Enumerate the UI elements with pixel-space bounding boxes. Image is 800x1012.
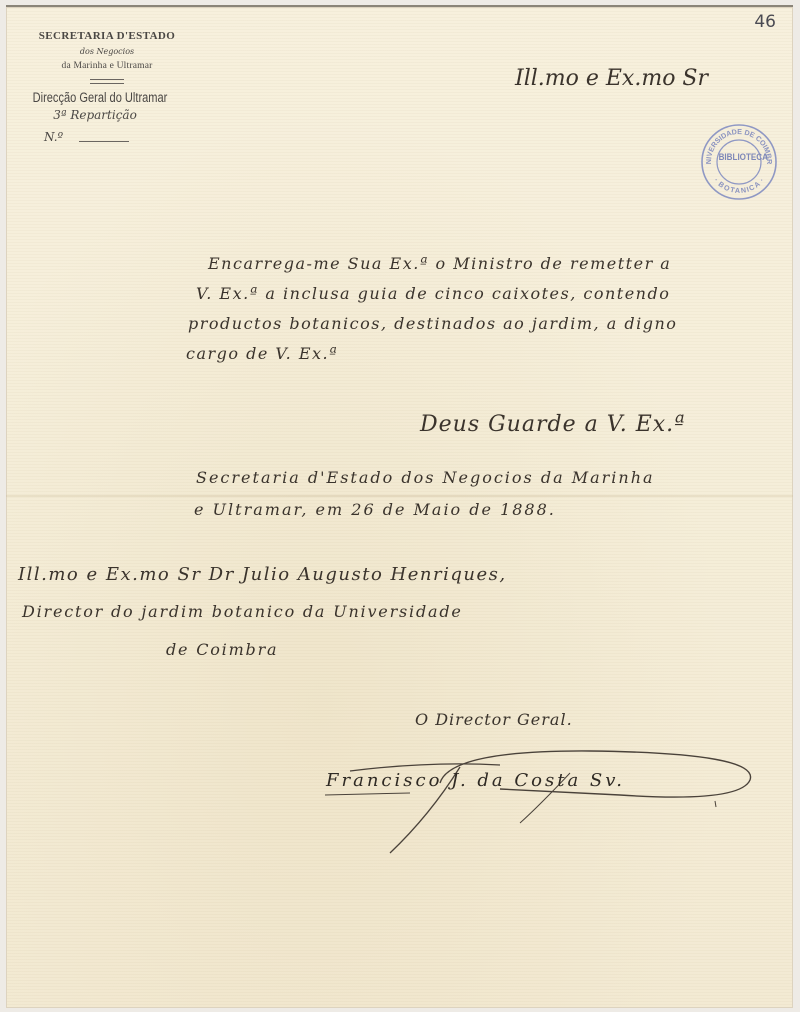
addressee-line-1: Ill.mo e Ex.mo Sr Dr Julio Augusto Henri…	[18, 564, 507, 585]
letterhead: SECRETARIA D'ESTADO dos Negocios da Mari…	[22, 30, 192, 144]
body-line-4: cargo de V. Ex.ª	[186, 344, 338, 363]
letterhead-department: Direcção Geral do Ultramar	[25, 90, 176, 105]
letterhead-ministry: SECRETARIA D'ESTADO	[22, 30, 192, 42]
letterhead-section: 3ª Repartição	[0, 108, 192, 122]
letterhead-divider	[90, 79, 124, 84]
place-line-1: Secretaria d'Estado dos Negocios da Mari…	[196, 468, 655, 487]
signature-flourish-icon	[320, 745, 780, 855]
letterhead-number: N.º	[22, 130, 192, 144]
signatory-title: O Director Geral.	[415, 710, 573, 729]
signature: Francisco J. da Costa Sv.	[326, 770, 625, 791]
body-line-3: productos botanicos, destinados ao jardi…	[188, 314, 677, 333]
svg-text:· BOTANICA ·: · BOTANICA ·	[712, 176, 766, 195]
body-line-2: V. Ex.ª a inclusa guia de cinco caixotes…	[196, 284, 670, 303]
stamp-center-text: BIBLIOTECA	[719, 152, 760, 163]
page-number: 46	[754, 12, 776, 32]
place-date-line-2: e Ultramar, em 26 de Maio de 1888.	[194, 500, 556, 519]
paper-fold-line	[6, 495, 793, 497]
number-label: N.º	[44, 130, 63, 144]
letterhead-marinha: da Marinha e Ultramar	[22, 61, 192, 71]
addressee-line-3: de Coimbra	[166, 640, 278, 659]
salutation-top: Ill.mo e Ex.mo Sr	[515, 66, 708, 91]
body-line-1: Encarrega-me Sua Ex.ª o Ministro de reme…	[208, 254, 671, 273]
letterhead-subtitle: dos Negocios	[22, 47, 192, 56]
number-blank	[79, 141, 129, 142]
addressee-line-2: Director do jardim botanico da Universid…	[22, 602, 463, 621]
closing-formula: Deus Guarde a V. Ex.ª	[420, 412, 686, 437]
